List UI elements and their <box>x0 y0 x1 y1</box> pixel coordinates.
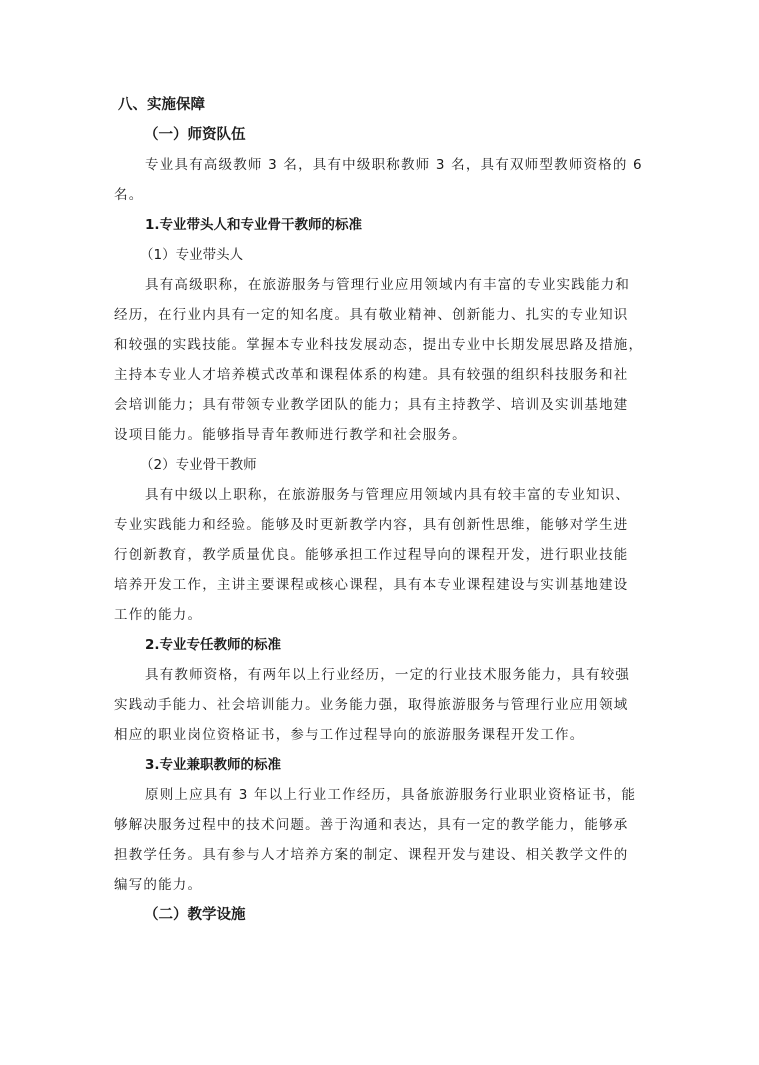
text-line: 具有中级以上职称，在旅游服务与管理应用领域内具有较丰富的专业知识、 <box>114 480 650 510</box>
item-title-fulltime-standard: 2.专业专任教师的标准 <box>114 630 650 660</box>
paragraph-program-leader: 具有高级职称，在旅游服务与管理行业应用领域内有丰富的专业实践能力和 经历，在行业… <box>114 270 650 450</box>
item-title-leaders-standard: 1.专业带头人和专业骨干教师的标准 <box>114 210 650 240</box>
paragraph-parttime-teacher: 原则上应具有 3 年以上行业工作经历，具备旅游服务行业职业资格证书，能 够解决服… <box>114 780 650 900</box>
item-title-parttime-standard: 3.专业兼职教师的标准 <box>114 750 650 780</box>
text-line: 行创新教育，教学质量优良。能够承担工作过程导向的课程开发，进行职业技能 <box>114 540 650 570</box>
subsection-title-faculty: （一）师资队伍 <box>114 120 650 150</box>
subsection-title-facilities: （二）教学设施 <box>114 900 650 930</box>
section-title: 八、实施保障 <box>114 90 650 120</box>
text-line: 相应的职业岗位资格证书，参与工作过程导向的旅游服务课程开发工作。 <box>114 720 650 750</box>
text-line: 设项目能力。能够指导青年教师进行教学和社会服务。 <box>114 420 650 450</box>
text-line: 担教学任务。具有参与人才培养方案的制定、课程开发与建设、相关教学文件的 <box>114 840 650 870</box>
paragraph-faculty-intro: 专业具有高级教师 3 名，具有中级职称教师 3 名，具有双师型教师资格的 6 名… <box>114 150 650 210</box>
text-line: 工作的能力。 <box>114 600 650 630</box>
subitem-title-program-leader: （1）专业带头人 <box>114 240 650 270</box>
text-line: 名。 <box>114 180 650 210</box>
text-line: 实践动手能力、社会培训能力。业务能力强，取得旅游服务与管理行业应用领域 <box>114 690 650 720</box>
text-line: 和较强的实践技能。掌握本专业科技发展动态，提出专业中长期发展思路及措施， <box>114 330 650 360</box>
paragraph-backbone-teacher: 具有中级以上职称，在旅游服务与管理应用领域内具有较丰富的专业知识、 专业实践能力… <box>114 480 650 630</box>
paragraph-fulltime-teacher: 具有教师资格，有两年以上行业经历，一定的行业技术服务能力，具有较强 实践动手能力… <box>114 660 650 750</box>
document-page: 八、实施保障 （一）师资队伍 专业具有高级教师 3 名，具有中级职称教师 3 名… <box>114 90 650 930</box>
text-line: 专业实践能力和经验。能够及时更新教学内容，具有创新性思维，能够对学生进 <box>114 510 650 540</box>
text-line: 原则上应具有 3 年以上行业工作经历，具备旅游服务行业职业资格证书，能 <box>114 780 650 810</box>
text-line: 专业具有高级教师 3 名，具有中级职称教师 3 名，具有双师型教师资格的 6 <box>114 150 650 180</box>
subitem-title-backbone-teacher: （2）专业骨干教师 <box>114 450 650 480</box>
text-line: 具有高级职称，在旅游服务与管理行业应用领域内有丰富的专业实践能力和 <box>114 270 650 300</box>
text-line: 够解决服务过程中的技术问题。善于沟通和表达，具有一定的教学能力，能够承 <box>114 810 650 840</box>
text-line: 培养开发工作，主讲主要课程或核心课程，具有本专业课程建设与实训基地建设 <box>114 570 650 600</box>
text-line: 经历，在行业内具有一定的知名度。具有敬业精神、创新能力、扎实的专业知识 <box>114 300 650 330</box>
text-line: 具有教师资格，有两年以上行业经历，一定的行业技术服务能力，具有较强 <box>114 660 650 690</box>
text-line: 编写的能力。 <box>114 870 650 900</box>
text-line: 主持本专业人才培养模式改革和课程体系的构建。具有较强的组织科技服务和社 <box>114 360 650 390</box>
text-line: 会培训能力；具有带领专业教学团队的能力；具有主持教学、培训及实训基地建 <box>114 390 650 420</box>
